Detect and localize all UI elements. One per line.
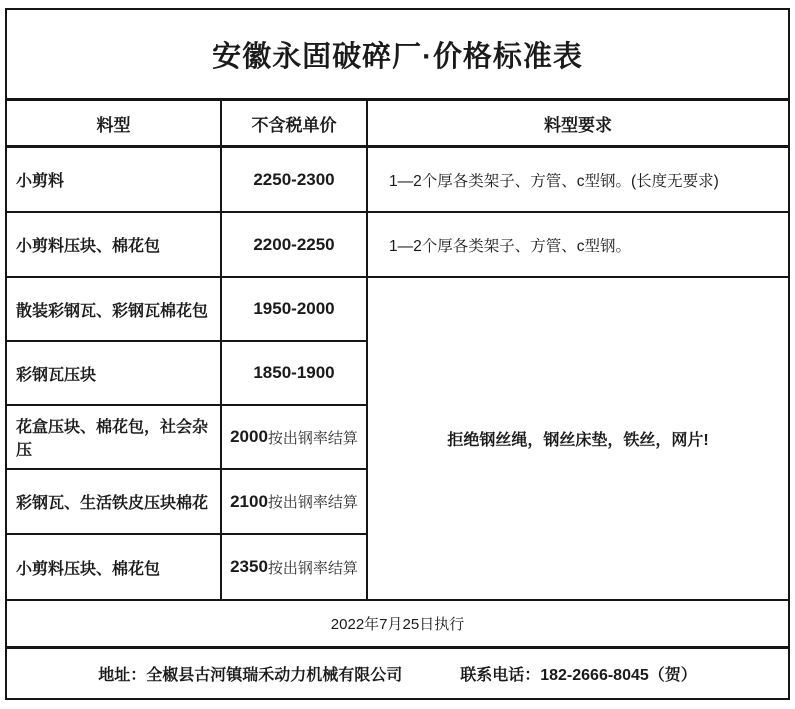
price-cell-1: 2250-2300 xyxy=(222,148,368,213)
price-cell-4: 1850-1900 xyxy=(222,342,368,406)
material-cell-3: 散装彩钢瓦、彩钢瓦棉花包 xyxy=(7,278,222,342)
material-cell-4: 彩钢瓦压块 xyxy=(7,342,222,406)
price-cell-2: 2200-2250 xyxy=(222,213,368,278)
col-header-requirement: 料型要求 xyxy=(368,101,788,148)
price-table: 安徽永固破碎厂·价格标准表 料型 不含税单价 料型要求 小剪料 2250-230… xyxy=(5,8,790,700)
requirement-cell-1: 1—2个厚各类架子、方管、c型钢。(长度无要求) xyxy=(368,148,788,213)
price-settlement-note: 按出钢率结算 xyxy=(268,491,358,512)
material-cell-7: 小剪料压块、棉花包 xyxy=(7,535,222,601)
price-cell-7: 2350按出钢率结算 xyxy=(222,535,368,601)
price-settlement-note: 按出钢率结算 xyxy=(268,557,358,578)
material-cell-2: 小剪料压块、棉花包 xyxy=(7,213,222,278)
price-cell-3: 1950-2000 xyxy=(222,278,368,342)
page-title: 安徽永固破碎厂·价格标准表 xyxy=(7,10,788,101)
address-text: 地址：全椒县古河镇瑞禾动力机械有限公司 xyxy=(98,662,402,685)
merged-requirement-cell: 拒绝钢丝绳，钢丝床垫，铁丝，网片! xyxy=(368,278,788,601)
material-cell-1: 小剪料 xyxy=(7,148,222,213)
price-number: 2100 xyxy=(230,492,268,512)
price-settlement-note: 按出钢率结算 xyxy=(268,427,358,448)
footer-contact: 地址：全椒县古河镇瑞禾动力机械有限公司 联系电话：182-2666-8045（贺… xyxy=(7,649,788,698)
col-header-price: 不含税单价 xyxy=(222,101,368,148)
price-cell-5: 2000按出钢率结算 xyxy=(222,406,368,470)
price-cell-6: 2100按出钢率结算 xyxy=(222,470,368,535)
material-cell-6: 彩钢瓦、生活铁皮压块棉花 xyxy=(7,470,222,535)
col-header-material: 料型 xyxy=(7,101,222,148)
requirement-cell-2: 1—2个厚各类架子、方管、c型钢。 xyxy=(368,213,788,278)
material-cell-5: 花盒压块、棉花包，社会杂压 xyxy=(7,406,222,470)
phone-text: 联系电话：182-2666-8045（贺） xyxy=(460,662,697,685)
price-number: 2350 xyxy=(230,557,268,577)
effective-date: 2022年7月25日执行 xyxy=(7,601,788,649)
price-number: 2000 xyxy=(230,427,268,447)
